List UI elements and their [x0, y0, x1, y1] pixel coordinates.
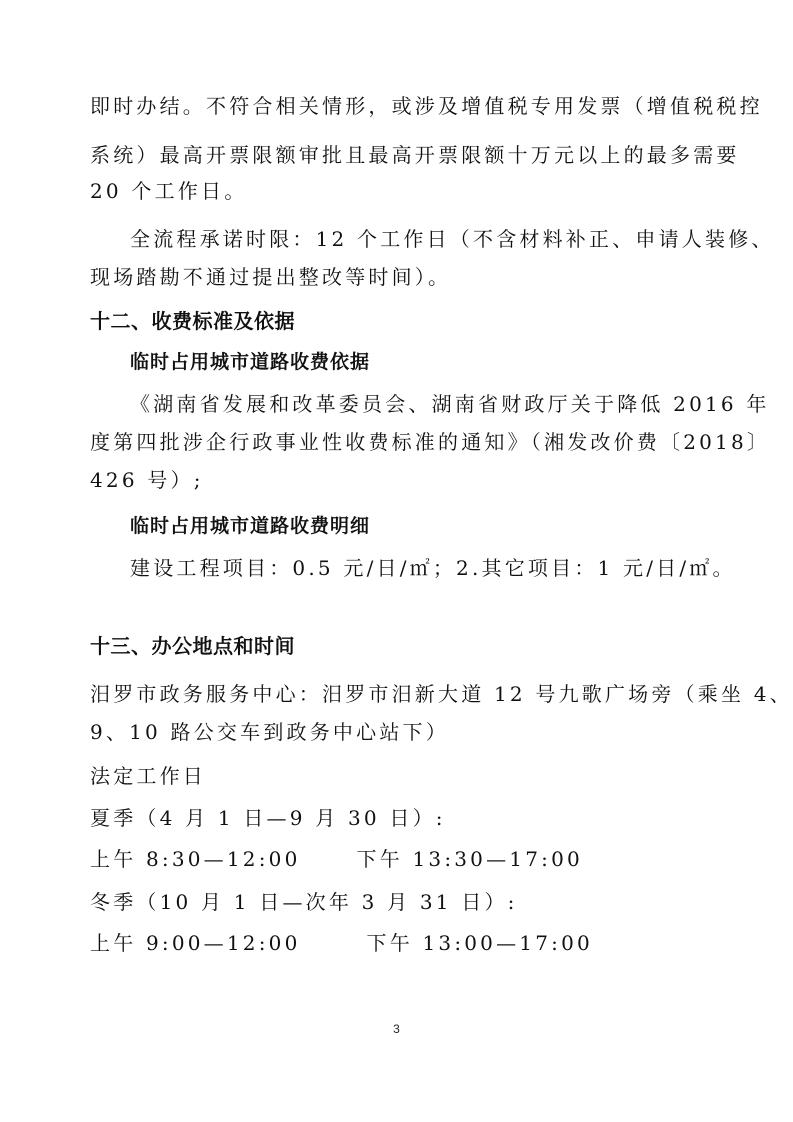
- paragraph-line: 20 个工作日。: [90, 177, 247, 205]
- paragraph-line: 系统）最高开票限额审批且最高开票限额十万元以上的最多需要: [90, 141, 740, 169]
- paragraph-line: 《湖南省发展和改革委员会、湖南省财政厅关于降低 2016 年: [130, 390, 770, 418]
- summer-am-hours: 上午 8:30—12:00: [90, 847, 301, 871]
- section-heading-13: 十三、办公地点和时间: [90, 632, 295, 660]
- winter-pm-hours: 下午 13:00—17:00: [367, 931, 593, 955]
- paragraph-line: 现场踏勘不通过提出整改等时间）。: [90, 263, 451, 291]
- address-line: 9、10 路公交车到政务中心站下）: [90, 718, 449, 746]
- paragraph-line: 即时办结。不符合相关情形，或涉及增值税专用发票（增值税税控: [90, 92, 763, 120]
- winter-hours: 上午 9:00—12:00下午 13:00—17:00: [90, 929, 593, 957]
- workday-label: 法定工作日: [90, 762, 206, 790]
- subheading-fee-basis: 临时占用城市道路收费依据: [130, 348, 370, 376]
- section-heading-12: 十二、收费标准及依据: [90, 307, 295, 335]
- summer-pm-hours: 下午 13:30—17:00: [357, 847, 583, 871]
- winter-label: 冬季（10 月 1 日—次年 3 月 31 日）:: [90, 888, 518, 916]
- address-line: 汨罗市政务服务中心：汨罗市汨新大道 12 号九歌广场旁（乘坐 4、: [90, 680, 793, 708]
- subheading-fee-detail: 临时占用城市道路收费明细: [130, 512, 370, 540]
- paragraph-line: 全流程承诺时限：12 个工作日（不含材料补正、申请人装修、: [130, 225, 775, 253]
- paragraph-line: 426 号）;: [90, 466, 204, 494]
- page-number: 3: [0, 1022, 793, 1036]
- paragraph-line: 建设工程项目：0.5 元/日/㎡；2.其它项目：1 元/日/㎡。: [130, 554, 736, 582]
- summer-label: 夏季（4 月 1 日—9 月 30 日）:: [90, 804, 446, 832]
- paragraph-line: 度第四批涉企行政事业性收费标准的通知》（湘发改价费〔2018〕: [90, 428, 770, 456]
- document-page: 即时办结。不符合相关情形，或涉及增值税专用发票（增值税税控 系统）最高开票限额审…: [0, 0, 793, 1122]
- summer-hours: 上午 8:30—12:00下午 13:30—17:00: [90, 845, 583, 873]
- winter-am-hours: 上午 9:00—12:00: [90, 931, 301, 955]
